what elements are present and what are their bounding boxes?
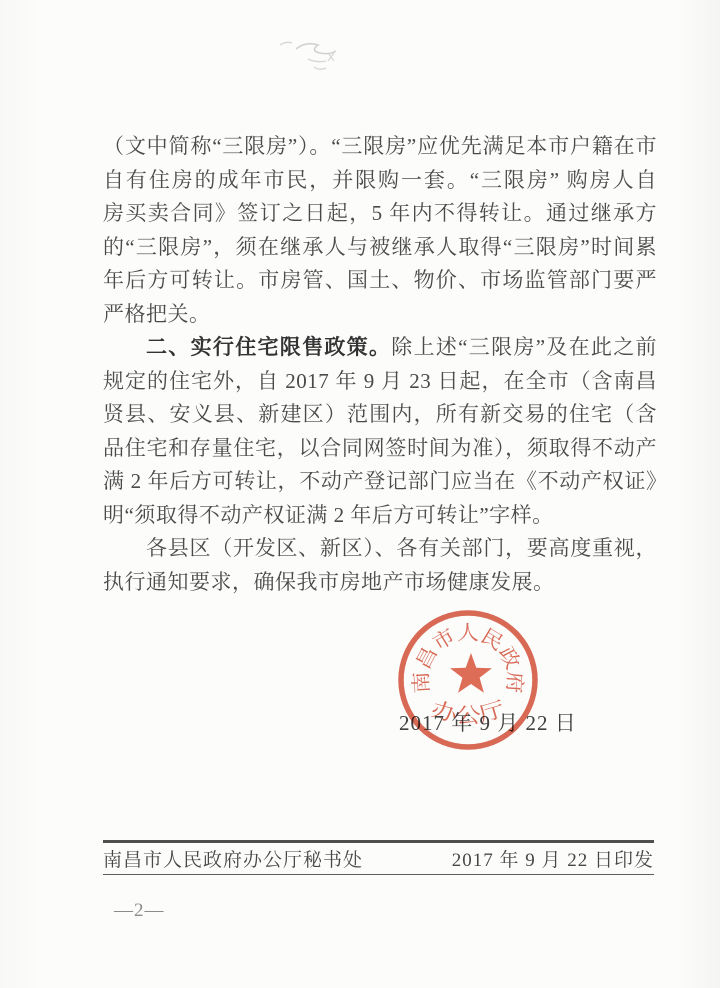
section-heading: 二、实行住宅限售政策。	[146, 335, 391, 359]
footer: 南昌市人民政府办公厅秘书处 2017 年 9 月 22 日印发	[103, 840, 654, 875]
paragraph-line: 品住宅和存量住宅，以合同网签时间为准），须取得不动产权证	[103, 432, 657, 466]
page-number: —2—	[114, 900, 165, 922]
paragraph-line: 规定的住宅外，自 2017 年 9 月 23 日起，在全市（含南昌县、进	[103, 365, 657, 399]
paragraph-line: 年后方可转让。市房管、国土、物价、市场监管部门要严格执行，	[103, 264, 657, 298]
footer-divider-bottom	[103, 874, 654, 876]
paragraph-line: 明“须取得不动产权证满 2 年后方可转让”字样。	[103, 499, 657, 533]
pencil-smudge-mark	[250, 15, 410, 85]
official-seal: 南昌市人民政府 办公厅	[373, 585, 563, 775]
body-text: （文中简称“三限房”）。“三限房”应优先满足本市户籍在市区无 自有住房的成年市民…	[103, 130, 657, 599]
document-page: （文中简称“三限房”）。“三限房”应优先满足本市户籍在市区无 自有住房的成年市民…	[0, 0, 720, 988]
seal-bottom-text: 办公厅	[429, 697, 508, 728]
paragraph-line: 房买卖合同》签订之日起，5 年内不得转让。通过继承方式取得	[103, 197, 657, 231]
paragraph-line: 严格把关。	[103, 298, 657, 332]
paragraph-line: 的“三限房”，须在继承人与被继承人取得“三限房”时间累计满 5	[103, 231, 657, 265]
paragraph-line: 满 2 年后方可转让，不动产登记部门应当在《不动产权证》上注	[103, 465, 657, 499]
paragraph-line: （文中简称“三限房”）。“三限房”应优先满足本市户籍在市区无	[103, 130, 657, 164]
footer-print-date: 2017 年 9 月 22 日印发	[452, 845, 654, 872]
seal-star-icon	[450, 653, 492, 693]
paragraph-line: 各县区（开发区、新区）、各有关部门，要高度重视，严格	[103, 532, 657, 566]
paragraph-line: 自有住房的成年市民，并限购一套。“三限房” 购房人自《商品	[103, 164, 657, 198]
paragraph-line: 贤县、安义县、新建区）范围内，所有新交易的住宅（含新建商	[103, 398, 657, 432]
paragraph-line: 二、实行住宅限售政策。除上述“三限房”及在此之前有限售	[103, 331, 657, 365]
footer-issuer: 南昌市人民政府办公厅秘书处	[103, 845, 363, 872]
